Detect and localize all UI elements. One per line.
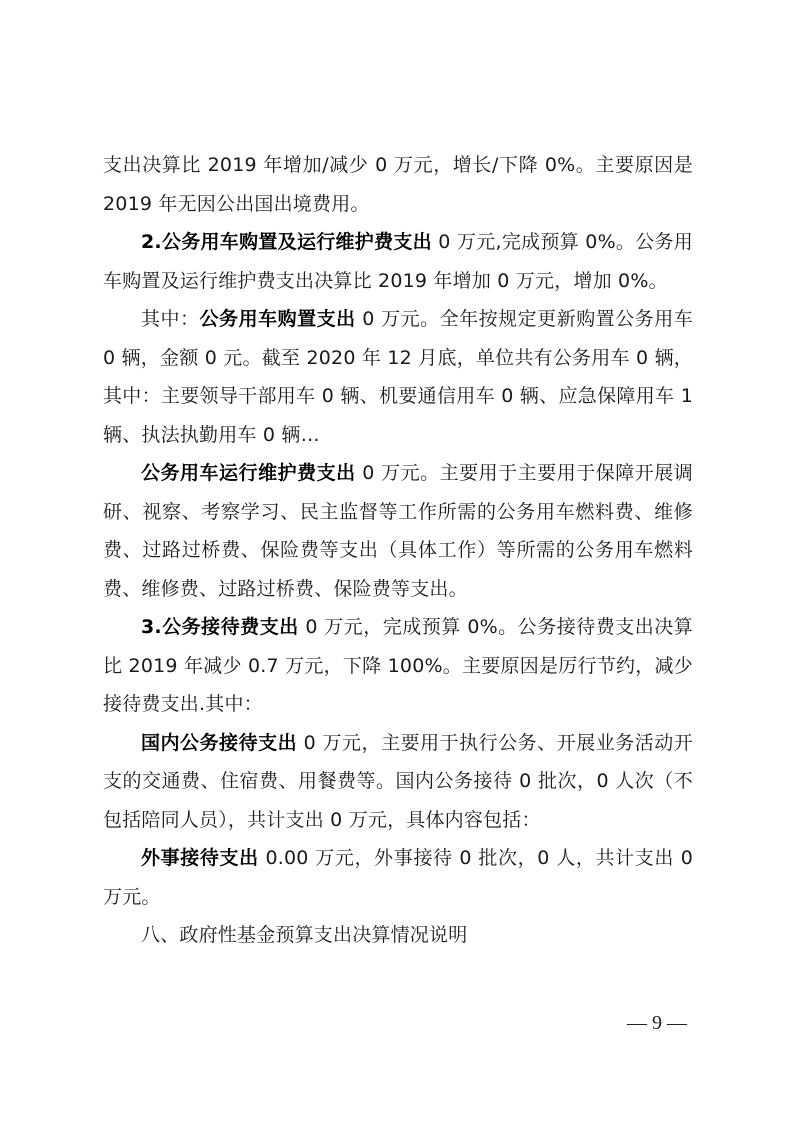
section-heading-vehicle-purchase: 公务用车购置支出 — [200, 308, 356, 330]
section-title-government-fund: 八、政府性基金预算支出决算情况说明 — [103, 916, 693, 955]
section-heading-reception-expense: 3.公务接待费支出 — [141, 616, 299, 638]
paragraph-vehicle-maintenance: 公务用车运行维护费支出 0 万元。主要用于主要用于保障开展调研、视察、考察学习、… — [103, 454, 693, 608]
document-body: 支出决算比 2019 年增加/减少 0 万元，增长/下降 0%。主要原因是 20… — [103, 146, 693, 955]
paragraph-vehicle-expense: 2.公务用车购置及运行维护费支出 0 万元,完成预算 0%。公务用车购置及运行维… — [103, 223, 693, 300]
paragraph-outbound-trip-summary: 支出决算比 2019 年增加/减少 0 万元，增长/下降 0%。主要原因是 20… — [103, 146, 693, 223]
section-heading-foreign-reception: 外事接待支出 — [141, 847, 259, 869]
section-heading-vehicle-expense: 2.公务用车购置及运行维护费支出 — [141, 231, 432, 253]
paragraph-prefix: 其中： — [141, 308, 200, 330]
paragraph-vehicle-purchase: 其中：公务用车购置支出 0 万元。全年按规定更新购置公务用车 0 辆，金额 0 … — [103, 300, 693, 454]
paragraph-foreign-reception: 外事接待支出 0.00 万元，外事接待 0 批次，0 人，共计支出 0 万元。 — [103, 839, 693, 916]
section-title-text: 八、政府性基金预算支出决算情况说明 — [141, 924, 467, 946]
section-heading-domestic-reception: 国内公务接待支出 — [141, 732, 297, 754]
section-heading-vehicle-maintenance: 公务用车运行维护费支出 — [141, 462, 356, 484]
paragraph-text: 支出决算比 2019 年增加/减少 0 万元，增长/下降 0%。主要原因是 20… — [103, 154, 693, 215]
page-number: — 9 — — [612, 1012, 702, 1035]
paragraph-reception-expense: 3.公务接待费支出 0 万元，完成预算 0%。公务接待费支出决算比 2019 年… — [103, 608, 693, 724]
paragraph-domestic-reception: 国内公务接待支出 0 万元，主要用于执行公务、开展业务活动开支的交通费、住宿费、… — [103, 724, 693, 840]
